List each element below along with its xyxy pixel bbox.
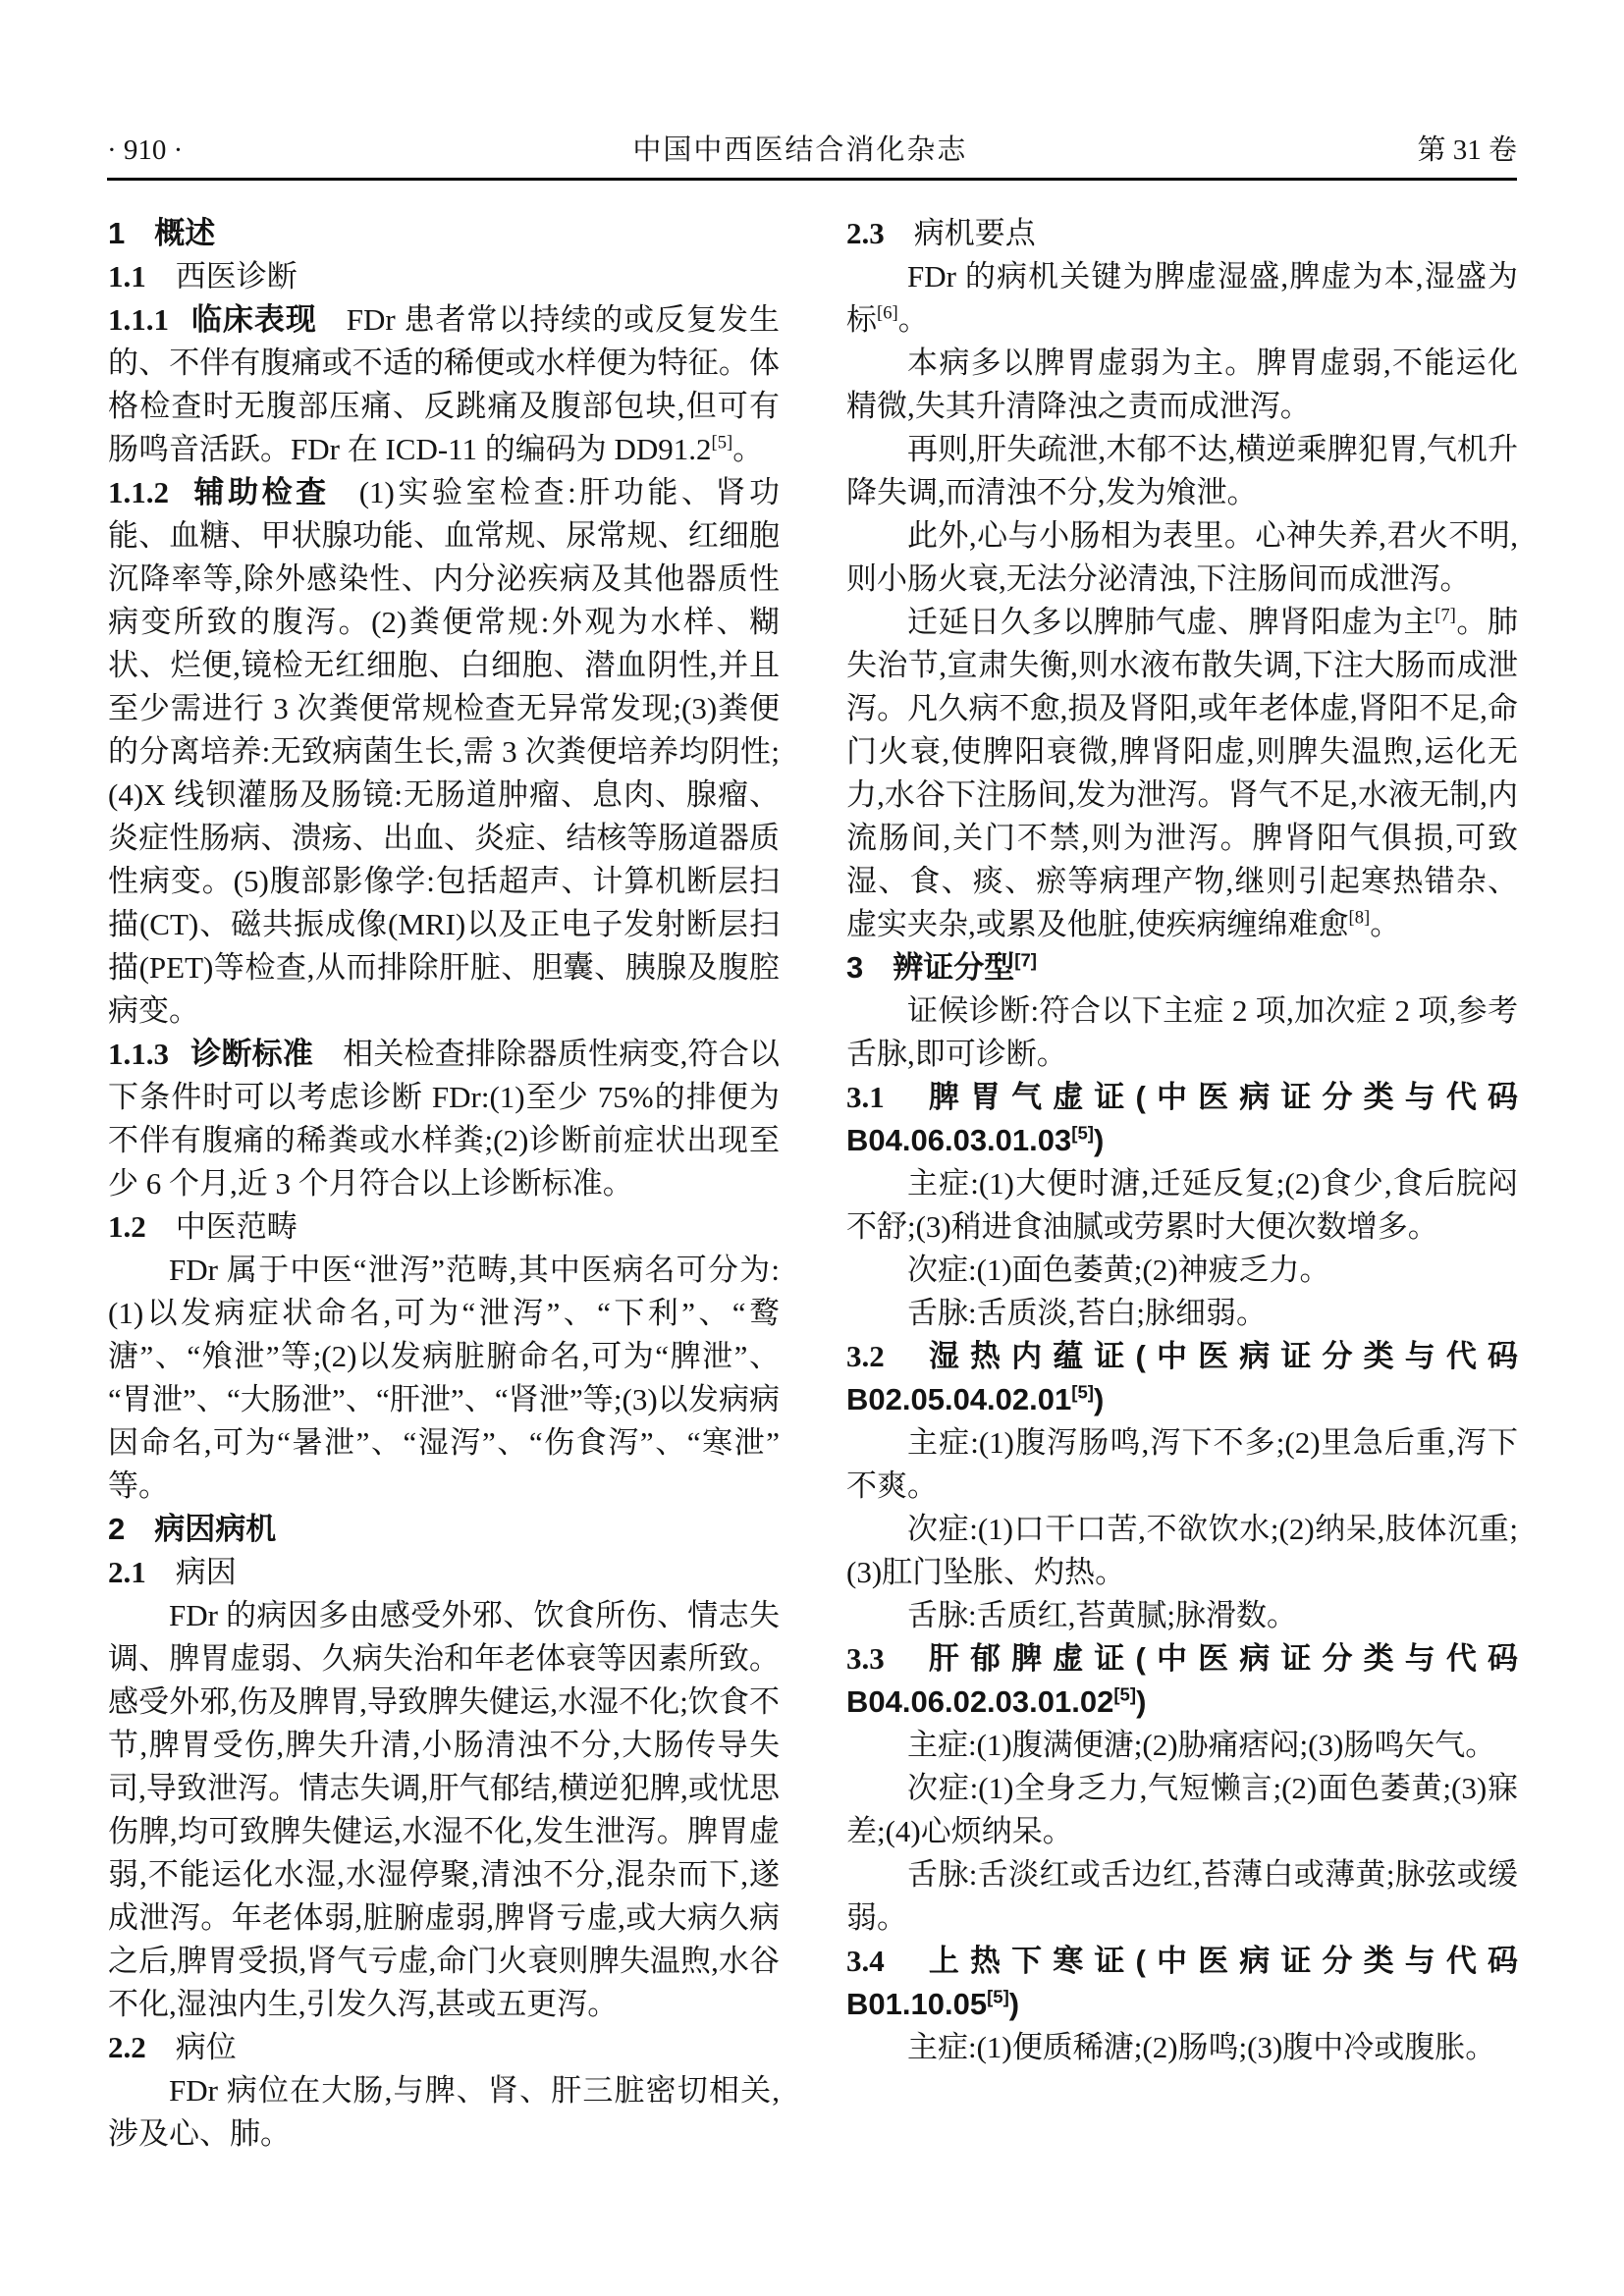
article-body: 1概述1.1西医诊断1.1.1临床表现FDr 患者常以持续的或反复发生的、不伴有… [108,212,1518,2156]
heading-title: 临床表现 [190,302,317,337]
heading-title: 诊断标准 [190,1037,313,1071]
heading-title: 湿热内蕴证(中医病证分类与代码 B02.05.04.02.01[5]) [846,1339,1518,1416]
journal-title: 中国中西医结合消化杂志 [632,133,967,167]
citation-ref: [5] [1071,1382,1094,1403]
text-segment: 诊断标准 [190,1037,313,1071]
text-segment: ) [1094,1123,1104,1157]
paragraph: 主症:(1)便质稀溏;(2)肠鸣;(3)腹中冷或腹胀。 [846,2026,1518,2069]
text-segment: FDr 的病因多由感受外邪、饮食所伤、情志失调、脾胃虚弱、久病失治和年老体衰等因… [108,1598,780,2021]
text-run: FDr 病位在大肠,与脾、肾、肝三脏密切相关,涉及心、肺。 [108,2073,780,2151]
syndrome-heading: 3.1脾胃气虚证(中医病证分类与代码 B04.06.03.01.03[5]) [846,1076,1518,1162]
paragraph: 证候诊断:符合以下主症 2 项,加次症 2 项,参考舌脉,即可诊断。 [846,989,1518,1076]
heading-title: 病因 [176,1555,237,1589]
section-number: 3.2 [846,1339,885,1373]
text-segment: ) [1136,1684,1146,1719]
text-segment: 主症:(1)腹泻肠鸣,泻下不多;(2)里急后重,泻下不爽。 [846,1425,1518,1503]
text-run: 主症:(1)腹满便溏;(2)胁痛痞闷;(3)肠鸣矢气。 [907,1728,1495,1762]
text-run: (1)实验室检查:肝功能、肾功能、血糖、甲状腺功能、血常规、尿常规、红细胞沉降率… [108,475,780,1028]
text-segment: 病因病机 [154,1512,276,1546]
numbered-heading-paragraph: 1.1.2辅助检查(1)实验室检查:肝功能、肾功能、血糖、甲状腺功能、血常规、尿… [108,471,780,1033]
text-segment: 舌脉:舌质红,苔黄腻;脉滑数。 [907,1598,1297,1632]
section-number: 1.1.2 [108,475,169,509]
header-rule [107,178,1517,181]
text-segment: 次症:(1)全身乏力,气短懒言;(2)面色萎黄;(3)寐差;(4)心烦纳呆。 [846,1771,1518,1848]
text-segment: 概述 [154,216,215,250]
text-run: FDr 属于中医“泄泻”范畴,其中医病名可分为:(1)以发病症状命名,可为“泄泻… [108,1253,780,1503]
text-run: 主症:(1)大便时溏,迁延反复;(2)食少,食后脘闷不舒;(3)稍进食油腻或劳累… [846,1166,1518,1244]
text-run: 舌脉:舌淡红或舌边红,苔薄白或薄黄;脉弦或缓弱。 [846,1857,1518,1935]
section-heading-level2: 1.1西医诊断 [108,255,780,298]
paragraph: 舌脉:舌质淡,苔白;脉细弱。 [846,1292,1518,1335]
text-run: 本病多以脾胃虚弱为主。脾胃虚弱,不能运化精微,失其升清降浊之责而成泄泻。 [846,346,1518,423]
text-segment: 。 [1370,907,1400,941]
text-segment: 迁延日久多以脾肺气虚、脾肾阳虚为主 [907,605,1435,639]
paragraph: 本病多以脾胃虚弱为主。脾胃虚弱,不能运化精微,失其升清降浊之责而成泄泻。 [846,342,1518,428]
text-segment: 中医范畴 [176,1209,298,1244]
citation-ref: [8] [1349,908,1371,929]
paragraph: 次症:(1)口干口苦,不欲饮水;(2)纳呆,肢体沉重;(3)肛门坠胀、灼热。 [846,1508,1518,1594]
text-segment: 上热下寒证(中医病证分类与代码 B01.10.05 [846,1944,1518,2021]
page-number: · 910 · [107,133,183,167]
syndrome-heading: 3.3肝郁脾虚证(中医病证分类与代码 B04.06.02.03.01.02[5]… [846,1637,1518,1724]
section-heading-level2: 1.2中医范畴 [108,1205,780,1249]
section-number: 3.3 [846,1641,885,1676]
text-segment: 主症:(1)大便时溏,迁延反复;(2)食少,食后脘闷不舒;(3)稍进食油腻或劳累… [846,1166,1518,1244]
heading-title: 中医范畴 [176,1209,298,1244]
text-segment: 主症:(1)腹满便溏;(2)胁痛痞闷;(3)肠鸣矢气。 [907,1728,1495,1762]
section-heading-level2: 2.1病因 [108,1551,780,1594]
text-run: 主症:(1)腹泻肠鸣,泻下不多;(2)里急后重,泻下不爽。 [846,1425,1518,1503]
text-segment: 病因 [176,1555,237,1589]
syndrome-heading: 3.4上热下寒证(中医病证分类与代码 B01.10.05[5]) [846,1940,1518,2026]
syndrome-heading: 3.2湿热内蕴证(中医病证分类与代码 B02.05.04.02.01[5]) [846,1335,1518,1421]
right-column: 2.3病机要点FDr 的病机关键为脾虚湿盛,脾虚为本,湿盛为标[6]。本病多以脾… [846,212,1518,2156]
text-segment: 病机要点 [914,216,1036,250]
text-segment: (1)实验室检查:肝功能、肾功能、血糖、甲状腺功能、血常规、尿常规、红细胞沉降率… [108,475,780,1028]
section-number: 1.1.3 [108,1037,169,1071]
heading-title: 上热下寒证(中医病证分类与代码 B01.10.05[5]) [846,1944,1518,2021]
text-segment: 。 [732,432,763,466]
text-run: 次症:(1)口干口苦,不欲饮水;(2)纳呆,肢体沉重;(3)肛门坠胀、灼热。 [846,1512,1518,1589]
heading-title: 脾胃气虚证(中医病证分类与代码 B04.06.03.01.03[5]) [846,1080,1518,1157]
section-number: 1.1.1 [108,302,169,337]
text-segment: 舌脉:舌淡红或舌边红,苔薄白或薄黄;脉弦或缓弱。 [846,1857,1518,1935]
paragraph: FDr 属于中医“泄泻”范畴,其中医病名可分为:(1)以发病症状命名,可为“泄泻… [108,1249,780,1508]
text-segment: 临床表现 [190,302,317,337]
text-segment: 病位 [176,2030,237,2064]
text-segment: ) [1009,1987,1019,2021]
citation-ref: [5] [1071,1123,1094,1144]
text-segment: 辨证分型 [893,950,1014,985]
paragraph: FDr 病位在大肠,与脾、肾、肝三脏密切相关,涉及心、肺。 [108,2069,780,2156]
heading-title: 肝郁脾虚证(中医病证分类与代码 B04.06.02.03.01.02[5]) [846,1641,1518,1719]
paragraph: 主症:(1)腹泻肠鸣,泻下不多;(2)里急后重,泻下不爽。 [846,1421,1518,1508]
citation-ref: [5] [712,433,733,454]
text-run: 舌脉:舌质淡,苔白;脉细弱。 [907,1296,1267,1330]
volume-label: 第 31 卷 [1417,133,1517,167]
citation-ref: [5] [1113,1684,1136,1705]
numbered-heading-paragraph: 1.1.3诊断标准相关检查排除器质性病变,符合以下条件时可以考虑诊断 FDr:(… [108,1033,780,1205]
text-segment: FDr 的病机关键为脾虚湿盛,脾虚为本,湿盛为标 [846,259,1518,337]
text-run: FDr 的病机关键为脾虚湿盛,脾虚为本,湿盛为标[6]。 [846,259,1518,337]
heading-title: 西医诊断 [176,259,298,294]
citation-ref: [6] [877,303,898,324]
heading-title: 病机要点 [914,216,1036,250]
heading-title: 辨证分型[7] [893,950,1037,985]
text-run: 迁延日久多以脾肺气虚、脾肾阳虚为主[7]。肺失治节,宣肃失衡,则水液布散失调,下… [846,605,1518,941]
text-run: 证候诊断:符合以下主症 2 项,加次症 2 项,参考舌脉,即可诊断。 [846,993,1518,1071]
heading-title: 概述 [154,216,215,250]
section-number: 2.1 [108,1555,146,1589]
paragraph: 迁延日久多以脾肺气虚、脾肾阳虚为主[7]。肺失治节,宣肃失衡,则水液布散失调,下… [846,601,1518,946]
paragraph: 此外,心与小肠相为表里。心神失养,君火不明,则小肠火衰,无法分泌清浊,下注肠间而… [846,514,1518,601]
text-segment: 再则,肝失疏泄,木郁不达,横逆乘脾犯胃,气机升降失调,而清浊不分,发为飧泄。 [846,432,1518,509]
section-number: 1 [108,216,125,250]
citation-ref: [7] [1014,950,1037,971]
text-run: 再则,肝失疏泄,木郁不达,横逆乘脾犯胃,气机升降失调,而清浊不分,发为飧泄。 [846,432,1518,509]
text-run: 舌脉:舌质红,苔黄腻;脉滑数。 [907,1598,1297,1632]
paragraph: 再则,肝失疏泄,木郁不达,横逆乘脾犯胃,气机升降失调,而清浊不分,发为飧泄。 [846,428,1518,514]
section-number: 2 [108,1512,125,1546]
section-heading-level2: 2.2病位 [108,2026,780,2069]
text-run: FDr 的病因多由感受外邪、饮食所伤、情志失调、脾胃虚弱、久病失治和年老体衰等因… [108,1598,780,2021]
section-number: 2.2 [108,2030,146,2064]
section-number: 3 [846,950,863,985]
paragraph: FDr 的病机关键为脾虚湿盛,脾虚为本,湿盛为标[6]。 [846,255,1518,342]
left-column: 1概述1.1西医诊断1.1.1临床表现FDr 患者常以持续的或反复发生的、不伴有… [108,212,780,2156]
heading-title: 辅助检查 [190,475,330,509]
text-segment: 西医诊断 [176,259,298,294]
page-header: · 910 · 中国中西医结合消化杂志 第 31 卷 [107,133,1517,167]
section-number: 1.1 [108,259,146,294]
text-run: 次症:(1)面色萎黄;(2)神疲乏力。 [907,1253,1330,1287]
citation-ref: [7] [1435,606,1456,626]
section-heading-level1: 2病因病机 [108,1508,780,1551]
text-segment: 。 [898,302,929,337]
text-segment: FDr 属于中医“泄泻”范畴,其中医病名可分为:(1)以发病症状命名,可为“泄泻… [108,1253,780,1503]
paragraph: 次症:(1)面色萎黄;(2)神疲乏力。 [846,1249,1518,1292]
paragraph: 主症:(1)大便时溏,迁延反复;(2)食少,食后脘闷不舒;(3)稍进食油腻或劳累… [846,1162,1518,1249]
paragraph: 主症:(1)腹满便溏;(2)胁痛痞闷;(3)肠鸣矢气。 [846,1724,1518,1767]
section-heading-level1: 1概述 [108,212,780,255]
text-segment: 证候诊断:符合以下主症 2 项,加次症 2 项,参考舌脉,即可诊断。 [846,993,1518,1071]
paragraph: 舌脉:舌质红,苔黄腻;脉滑数。 [846,1594,1518,1637]
text-segment: ) [1094,1382,1104,1416]
section-number: 1.2 [108,1209,146,1244]
numbered-heading-paragraph: 1.1.1临床表现FDr 患者常以持续的或反复发生的、不伴有腹痛或不适的稀便或水… [108,298,780,471]
text-segment: 舌脉:舌质淡,苔白;脉细弱。 [907,1296,1267,1330]
text-segment: 。肺失治节,宣肃失衡,则水液布散失调,下注大肠而成泄泻。凡久病不愈,损及肾阳,或… [846,605,1518,941]
text-segment: 脾胃气虚证(中医病证分类与代码 B04.06.03.01.03 [846,1080,1518,1157]
text-segment: 次症:(1)口干口苦,不欲饮水;(2)纳呆,肢体沉重;(3)肛门坠胀、灼热。 [846,1512,1518,1589]
paragraph: 次症:(1)全身乏力,气短懒言;(2)面色萎黄;(3)寐差;(4)心烦纳呆。 [846,1767,1518,1853]
section-number: 3.4 [846,1944,885,1978]
text-segment: 肝郁脾虚证(中医病证分类与代码 B04.06.02.03.01.02 [846,1641,1518,1719]
text-run: 次症:(1)全身乏力,气短懒言;(2)面色萎黄;(3)寐差;(4)心烦纳呆。 [846,1771,1518,1848]
text-segment: 此外,心与小肠相为表里。心神失养,君火不明,则小肠火衰,无法分泌清浊,下注肠间而… [846,518,1518,596]
citation-ref: [5] [987,1987,1009,2007]
text-segment: 辅助检查 [190,475,330,509]
text-segment: FDr 病位在大肠,与脾、肾、肝三脏密切相关,涉及心、肺。 [108,2073,780,2151]
heading-title: 病因病机 [154,1512,276,1546]
section-heading-level1: 3辨证分型[7] [846,946,1518,989]
text-segment: 次症:(1)面色萎黄;(2)神疲乏力。 [907,1253,1330,1287]
paragraph: FDr 的病因多由感受外邪、饮食所伤、情志失调、脾胃虚弱、久病失治和年老体衰等因… [108,1594,780,2026]
paragraph: 舌脉:舌淡红或舌边红,苔薄白或薄黄;脉弦或缓弱。 [846,1853,1518,1940]
text-segment: 本病多以脾胃虚弱为主。脾胃虚弱,不能运化精微,失其升清降浊之责而成泄泻。 [846,346,1518,423]
text-run: 此外,心与小肠相为表里。心神失养,君火不明,则小肠火衰,无法分泌清浊,下注肠间而… [846,518,1518,596]
text-run: 主症:(1)便质稀溏;(2)肠鸣;(3)腹中冷或腹胀。 [907,2030,1495,2064]
section-number: 3.1 [846,1080,885,1114]
text-segment: 主症:(1)便质稀溏;(2)肠鸣;(3)腹中冷或腹胀。 [907,2030,1495,2064]
text-segment: 湿热内蕴证(中医病证分类与代码 B02.05.04.02.01 [846,1339,1518,1416]
section-number: 2.3 [846,216,885,250]
section-heading-level2: 2.3病机要点 [846,212,1518,255]
heading-title: 病位 [176,2030,237,2064]
